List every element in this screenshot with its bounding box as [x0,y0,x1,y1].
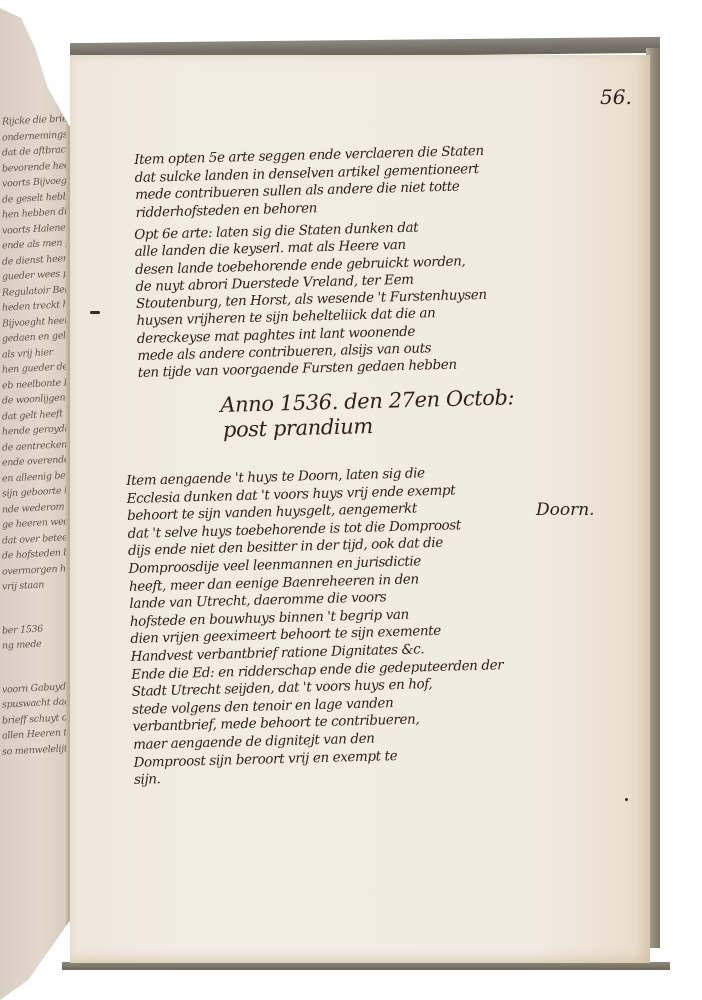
page-number: 56. [600,85,632,109]
margin-mark [90,311,100,314]
left-page-text: Rijcke die brieffen ondernemings welke h… [2,113,66,758]
margin-note-doorn: Doorn. [536,500,595,520]
paragraph-item-5: Item opten 5e arte seggen ende verclaere… [134,143,485,222]
paragraph-doorn: Item aengaende 't huys te Doorn, laten s… [126,463,506,789]
book-binding-bottom [62,962,670,970]
left-line: ng mede [2,635,67,654]
left-line: vrij staan [2,576,67,595]
paragraph-item-6: Opt 6e arte: laten sig die Staten dunken… [134,218,489,383]
left-gap [2,653,66,681]
manuscript-page: 56. Item opten 5e arte seggen ende vercl… [70,55,650,963]
left-gap [2,594,66,622]
date-heading: Anno 1536. den 27en Octob: post prandium [220,385,515,443]
left-line: so menwelelijt [2,741,67,760]
facing-left-page: Rijcke die brieffen ondernemings welke h… [0,8,70,1000]
ink-dot [625,798,628,801]
